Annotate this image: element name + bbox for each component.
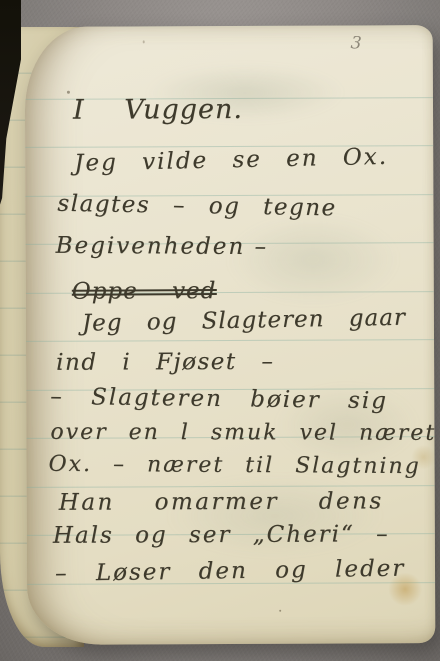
struck-through-text: Oppe ved xyxy=(72,278,217,305)
handwritten-line: – Løser den og leder xyxy=(55,556,406,587)
handwritten-line: Ox. – næret til Slagtning – xyxy=(48,452,435,479)
handwritten-line: over en l smuk vel næret xyxy=(50,420,435,446)
handwritten-line: ind i Fjøset – xyxy=(56,349,274,376)
ink-speck xyxy=(279,610,281,612)
handwritten-line: Begivenheden – xyxy=(56,233,269,260)
handwritten-line: – Slagteren bøier sig xyxy=(50,384,388,414)
handwritten-line: slagtes – og tegne xyxy=(57,191,337,222)
handwritten-line: Jeg vilde se en Ox. xyxy=(74,144,388,177)
notebook-photo: 3 I Vuggen. Jeg vilde se en Ox. slagtes … xyxy=(0,0,440,661)
handwritten-line: Han omarmer dens xyxy=(59,488,384,515)
ruled-line xyxy=(26,339,434,342)
page-number: 3 xyxy=(350,33,362,54)
handwritten-line: Jeg og Slagteren gaar xyxy=(82,305,406,337)
handwritten-line: Hals og ser „Cheri“ – xyxy=(53,521,390,548)
notebook-page: 3 I Vuggen. Jeg vilde se en Ox. slagtes … xyxy=(25,25,436,645)
handwritten-line: I Vuggen. xyxy=(73,94,243,126)
ink-speck xyxy=(67,91,70,94)
ink-speck xyxy=(143,40,145,43)
